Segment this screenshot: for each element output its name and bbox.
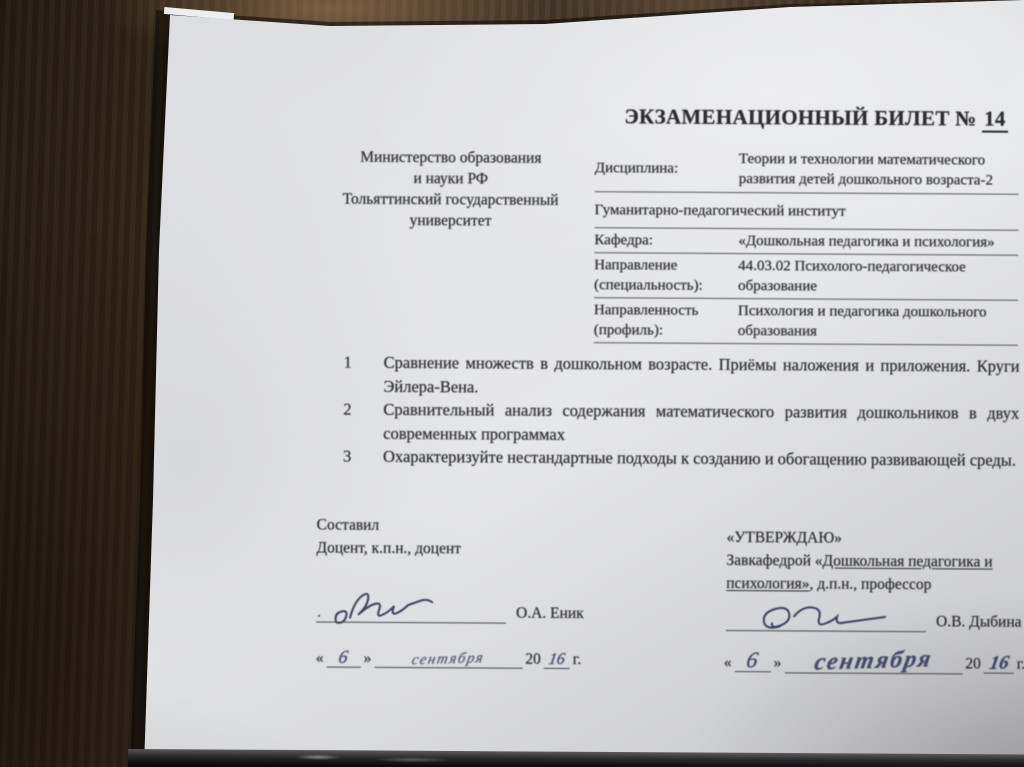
approver-date-row: «6»сентября2016г.: [724, 648, 1024, 675]
handwritten-month: сентября: [812, 647, 934, 675]
question-number: 3: [343, 445, 383, 469]
university-header-line: и науки РФ: [327, 168, 575, 191]
direction-label: Направление (специальность):: [594, 255, 738, 296]
profile-value: Психология и педагогика дошкольного обра…: [738, 301, 1018, 343]
ticket-title: ЭКЗАМЕНАЦИОННЫЙ БИЛЕТ № 14: [613, 104, 1019, 131]
institute-value: Гуманитарно-педагогический институт: [594, 200, 1018, 223]
approver-heading: «УТВЕРЖДАЮ»: [726, 526, 1022, 551]
era-suffix: г.: [1017, 656, 1024, 673]
year-prefix: 20: [965, 655, 981, 672]
composer-name: О.А. Еник: [516, 605, 584, 624]
quote-open: «: [724, 654, 732, 671]
department-row: Кафедра: «Дошкольная педагогика и психол…: [594, 228, 1018, 256]
question-item: 3 Охарактеризуйте нестандартные подходы …: [343, 445, 1019, 473]
ticket-number: 14: [982, 107, 1008, 133]
question-item: 2 Сравнительный анализ содержания матема…: [343, 398, 1019, 449]
direction-value: 44.03.02 Психолого-педагогическое образо…: [738, 256, 1018, 298]
dybina-signature: [732, 596, 892, 641]
question-item: 1 Сравнение множеств в дошкольном возрас…: [343, 351, 1019, 402]
quote-close: »: [773, 654, 781, 671]
year-blank: 16: [544, 652, 570, 669]
university-header-line: Тольяттинский государственный: [327, 189, 575, 212]
handwritten-day: 6: [745, 649, 760, 671]
ticket-info-table: Дисциплина: Теории и технологии математи…: [594, 148, 1019, 346]
day-blank: 6: [327, 648, 361, 668]
question-number: 1: [343, 351, 383, 398]
day-blank: 6: [734, 649, 770, 672]
question-text: Сравнительный анализ содержания математи…: [383, 398, 1019, 449]
exam-ticket-content: ЭКЗАМЕНАЦИОННЫЙ БИЛЕТ № 14 Министерство …: [0, 0, 1024, 767]
question-text: Сравнение множеств в дошкольном возрасте…: [383, 351, 1019, 402]
university-header-line: Министерство образования: [327, 147, 575, 170]
questions-list: 1 Сравнение множеств в дошкольном возрас…: [343, 351, 1020, 473]
era-suffix: г.: [573, 651, 582, 668]
question-number: 2: [343, 398, 383, 445]
department-value: «Дошкольная педагогика и психология»: [738, 231, 1018, 253]
composer-heading: Составил: [317, 513, 617, 538]
handwritten-year: 16: [988, 653, 1010, 673]
direction-row: Направление (специальность): 44.03.02 Пс…: [594, 253, 1018, 301]
composer-block: Составил Доцент, к.п.н., доцент: [316, 513, 616, 561]
university-header: Министерство образования и науки РФ Толь…: [326, 147, 575, 233]
question-text: Охарактеризуйте нестандартные подходы к …: [383, 445, 1019, 472]
handwritten-year: 16: [547, 652, 566, 669]
year-prefix: 20: [525, 651, 541, 668]
department-label: Кафедра:: [594, 230, 738, 251]
handwritten-month: сентября: [411, 651, 486, 668]
desk-photo: { "colors": { "paper": "#e0e1e4", "wood_…: [0, 0, 1024, 767]
profile-label: Направленность (профиль):: [594, 300, 738, 341]
enik-signature: [322, 588, 472, 633]
profile-row: Направленность (профиль): Психология и п…: [594, 298, 1018, 346]
discipline-value: Теории и технологии математического разв…: [739, 149, 1019, 191]
quote-open: «: [316, 649, 324, 666]
ticket-title-text: ЭКЗАМЕНАЦИОННЫЙ БИЛЕТ №: [624, 104, 982, 130]
approver-name: О.В. Дыбина: [936, 613, 1022, 633]
composer-date-row: «6»сентября2016г.: [316, 647, 582, 669]
handwritten-day: 6: [337, 647, 349, 665]
approver-signature-row: О.В. Дыбина: [726, 586, 1022, 633]
discipline-row: Дисциплина: Теории и технологии математи…: [595, 148, 1019, 195]
month-blank: сентября: [374, 651, 522, 669]
university-header-line: университет: [326, 210, 574, 233]
composer-signature-row: . О.А. Еник: [316, 577, 584, 624]
discipline-label: Дисциплина:: [595, 148, 739, 189]
quote-close: »: [364, 650, 372, 667]
approver-position-prefix: Завкафедрой «: [726, 552, 822, 570]
year-blank: 16: [984, 654, 1014, 674]
institute-row: Гуманитарно-педагогический институт: [594, 192, 1018, 231]
month-blank: сентября: [784, 648, 962, 674]
composer-signature-line: .: [316, 577, 506, 623]
approver-signature-line: [726, 586, 926, 632]
composer-position: Доцент, к.п.н., доцент: [316, 536, 616, 561]
